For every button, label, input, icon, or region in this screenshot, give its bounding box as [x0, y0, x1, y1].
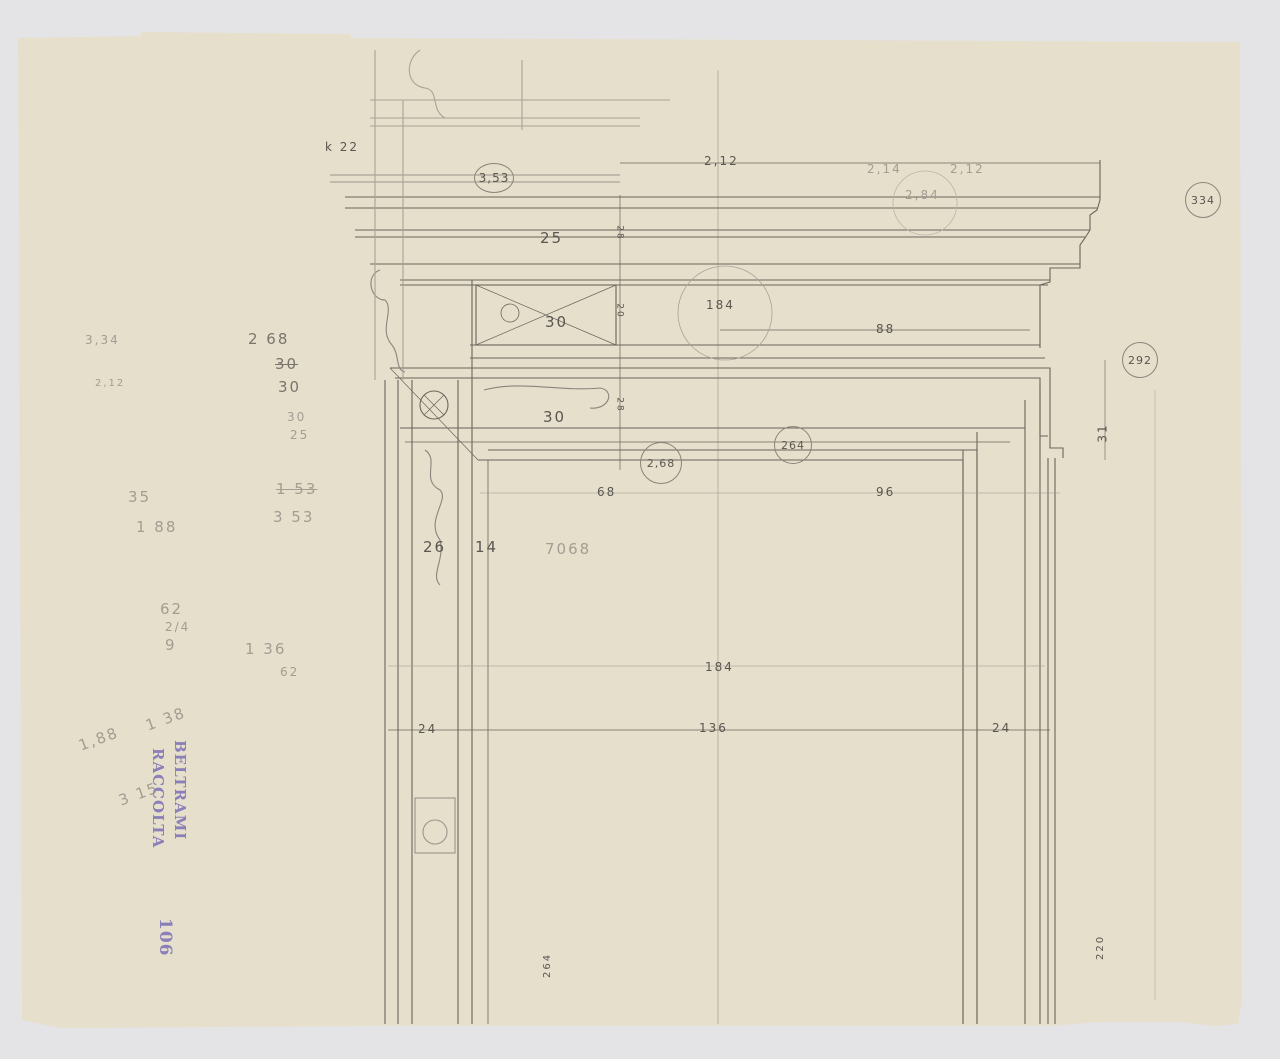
- margin-note: 62: [280, 665, 299, 679]
- note-7068: 7068: [545, 540, 591, 558]
- dim-half-96: 96: [876, 485, 895, 499]
- dim-faint-circle: 2,84: [905, 188, 940, 202]
- dim-overall-184: 184: [705, 660, 734, 674]
- margin-note: 62: [160, 600, 183, 618]
- circled-334: 334: [1185, 182, 1221, 218]
- architectural-drawing: [0, 0, 1280, 1059]
- margin-note: 30: [278, 378, 301, 396]
- dim-opening-136: 136: [699, 721, 728, 735]
- dim-frieze-30: 30: [545, 313, 568, 331]
- margin-note: 30: [275, 355, 298, 373]
- margin-note: 3,34: [85, 333, 120, 347]
- dim-vertical-264: 264: [542, 953, 553, 978]
- margin-note: 1 53: [276, 480, 317, 498]
- dim-k22: k 22: [325, 140, 359, 154]
- dim-cornice-25: 25: [540, 229, 563, 247]
- dim-marker-28-bottom: 28: [615, 397, 625, 412]
- dim-jamb-26: 26: [423, 538, 446, 556]
- dim-cornice-alt2: 2,12: [950, 162, 985, 176]
- margin-note: 35: [128, 488, 151, 506]
- margin-note: 2 68: [248, 330, 289, 348]
- circled-292: 292: [1122, 342, 1158, 378]
- circled-268: 2,68: [640, 442, 682, 484]
- paper: [18, 32, 1242, 1028]
- dim-side-31: 31: [1096, 423, 1110, 442]
- dim-half-68: 68: [597, 485, 616, 499]
- stamp-beltrami: BELTRAMI: [171, 740, 189, 840]
- circled-264: 264: [774, 426, 812, 464]
- dim-marker-20: 20: [615, 303, 625, 318]
- margin-note: 1 36: [245, 640, 286, 658]
- dim-184-circle: 184: [706, 298, 735, 312]
- margin-note: 30: [287, 410, 306, 424]
- dim-frieze-88: 88: [876, 322, 895, 336]
- stamp-raccolta: RACCOLTA: [149, 748, 167, 848]
- dim-lintel-30: 30: [543, 408, 566, 426]
- margin-note: 25: [290, 428, 309, 442]
- margin-note: 1 88: [136, 518, 177, 536]
- dim-jamb-right-24: 24: [992, 721, 1011, 735]
- dim-vertical-220: 220: [1095, 935, 1106, 960]
- dim-jamb-left-24: 24: [418, 722, 437, 736]
- margin-note: 2,12: [95, 378, 125, 389]
- margin-note: 2/4: [165, 620, 190, 634]
- dim-cornice-width: 2,12: [704, 154, 739, 168]
- margin-note: 3 53: [273, 508, 314, 526]
- circled-353: 3,53: [474, 163, 514, 193]
- stamp-number: 106: [155, 918, 175, 957]
- dim-cornice-alt1: 2,14: [867, 162, 902, 176]
- dim-marker-28-top: 28: [615, 225, 625, 240]
- dim-jamb-14: 14: [475, 538, 498, 556]
- margin-note: 9: [165, 636, 177, 654]
- drawing-sheet: 2,12 2,14 2,12 2,84 k 22 3,53 25 30 30 1…: [0, 0, 1280, 1059]
